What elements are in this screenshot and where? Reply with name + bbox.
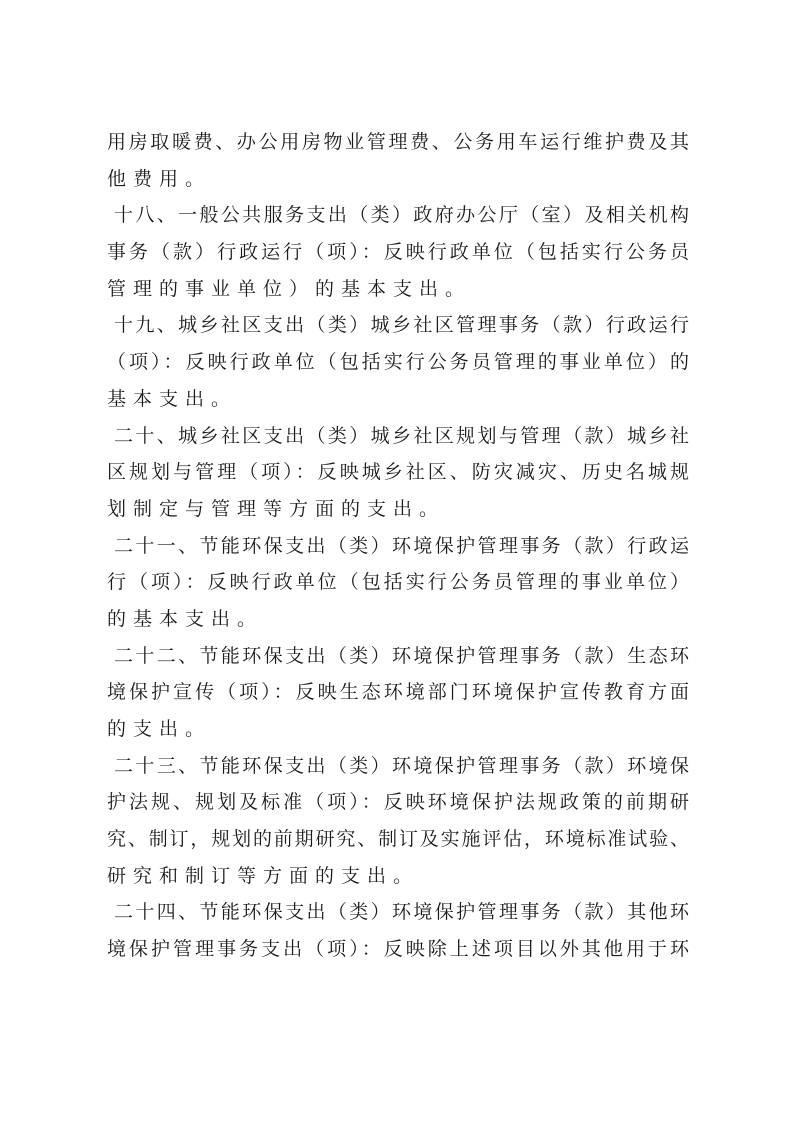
section-heading-line: 二十四、节能环保支出（类）环境保护管理事务（款）其他环 [107,894,689,931]
text-line: 区规划与管理（项）：反映城乡社区、防灾减灾、历史名城规 [107,454,689,491]
text-line: 划制定与管理等方面的支出。 [107,491,689,528]
text-line: （项）：反映行政单位（包括实行公务员管理的事业单位）的 [107,344,689,381]
section-heading-line: 十九、城乡社区支出（类）城乡社区管理事务（款）行政运行 [107,307,689,344]
text-line: 他费用。 [107,161,689,198]
text-line: 境保护宣传（项）：反映生态环境部门环境保护宣传教育方面 [107,674,689,711]
section-heading-line: 二十、城乡社区支出（类）城乡社区规划与管理（款）城乡社 [107,418,689,455]
text-line: 的支出。 [107,711,689,748]
text-line: 护法规、规划及标准（项）：反映环境保护法规政策的前期研 [107,784,689,821]
section-heading-line: 二十二、节能环保支出（类）环境保护管理事务（款）生态环 [107,638,689,675]
body-text: 用房取暖费、办公用房物业管理费、公务用车运行维护费及其 他费用。 十八、一般公共… [107,124,689,968]
text-line: 境保护管理事务支出（项）：反映除上述项目以外其他用于环 [107,931,689,968]
section-heading-line: 十八、一般公共服务支出（类）政府办公厅（室）及相关机构 [107,197,689,234]
text-line: 基本支出。 [107,381,689,418]
text-line: 行（项）：反映行政单位（包括实行公务员管理的事业单位） [107,564,689,601]
text-line: 管理的事业单位）的基本支出。 [107,271,689,308]
text-line: 事务（款）行政运行（项）：反映行政单位（包括实行公务员 [107,234,689,271]
section-heading-line: 二十一、节能环保支出（类）环境保护管理事务（款）行政运 [107,528,689,565]
text-line: 的基本支出。 [107,601,689,638]
text-line: 究、制订，规划的前期研究、制订及实施评估，环境标准试验、 [107,821,689,858]
text-line: 研究和制订等方面的支出。 [107,858,689,895]
document-page: 用房取暖费、办公用房物业管理费、公务用车运行维护费及其 他费用。 十八、一般公共… [0,0,793,1122]
section-heading-line: 二十三、节能环保支出（类）环境保护管理事务（款）环境保 [107,748,689,785]
text-line: 用房取暖费、办公用房物业管理费、公务用车运行维护费及其 [107,124,689,161]
